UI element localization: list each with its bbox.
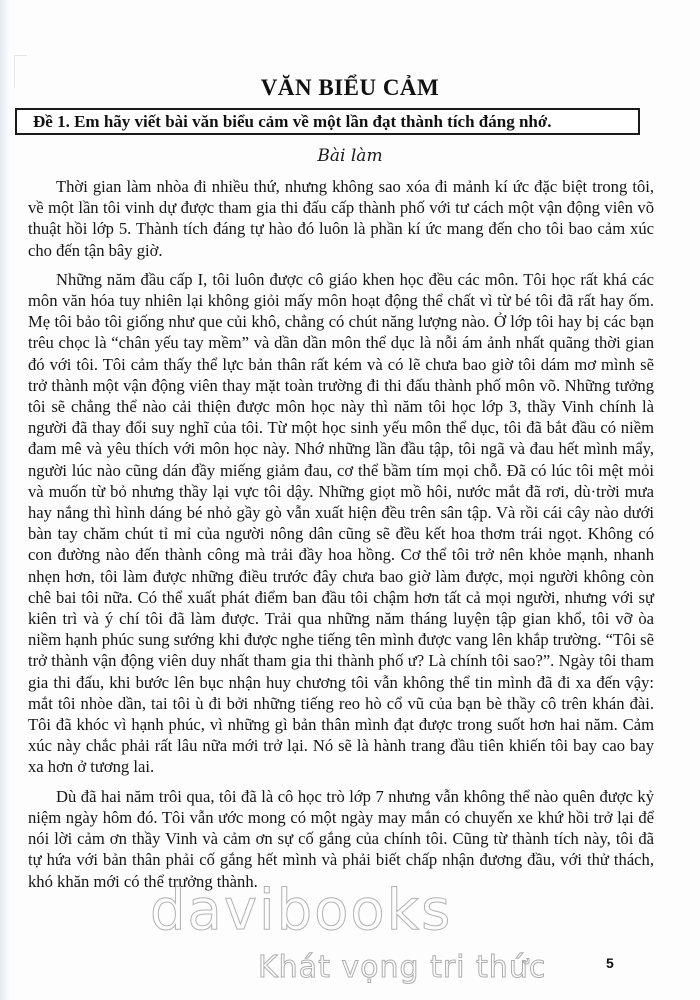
essay-paragraph-2: Những năm đầu cấp I, tôi luôn được cô gi… [28,269,654,778]
essay-paragraph-3: Dù đã hai năm trôi qua, tôi đã là cô học… [28,786,654,892]
answer-heading: Bài làm [0,146,700,166]
watermark-slogan: Khát vọng tri thức [258,950,546,985]
page-number: 5 [606,955,614,971]
section-title: VĂN BIỂU CẢM [0,75,700,101]
exercise-prompt-box: Đề 1. Em hãy viết bài văn biểu cảm về mộ… [15,108,640,135]
essay-paragraph-1: Thời gian làm nhòa đi nhiều thứ, nhưng k… [28,176,654,261]
exercise-prompt: Đề 1. Em hãy viết bài văn biểu cảm về mộ… [33,112,552,132]
essay-body: Thời gian làm nhòa đi nhiều thứ, nhưng k… [28,176,654,900]
